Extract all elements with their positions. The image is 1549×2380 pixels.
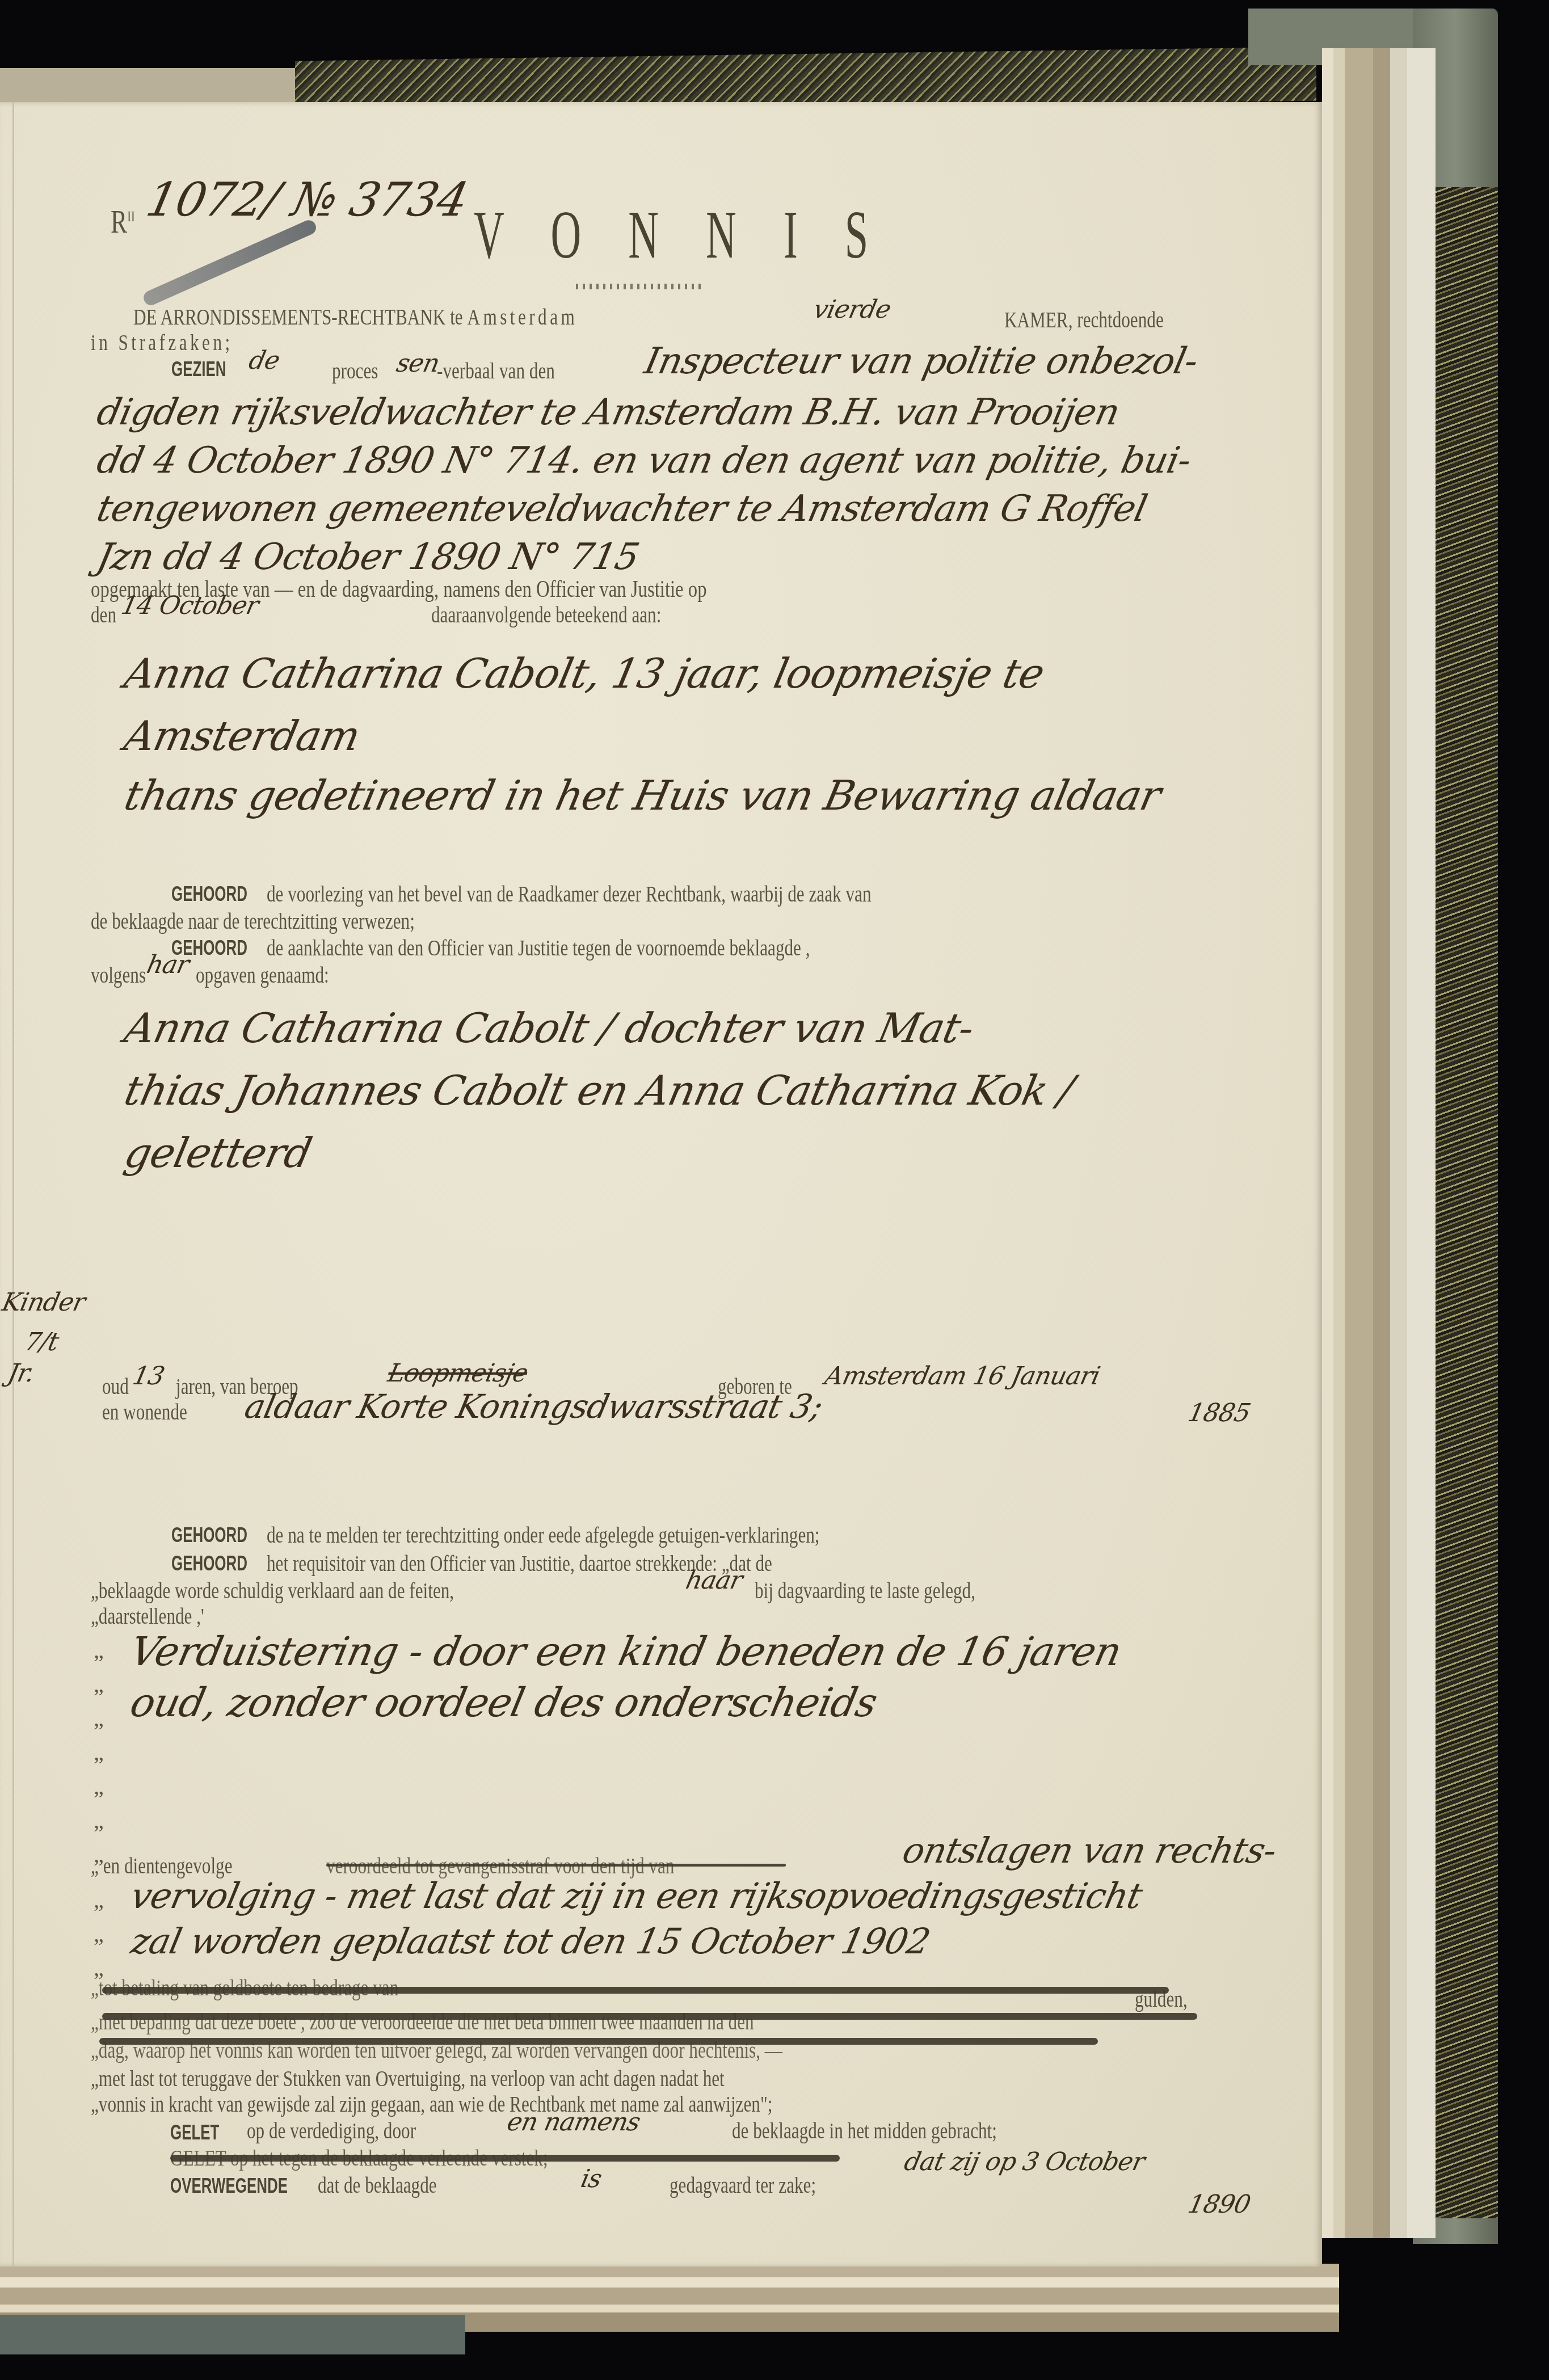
gehoord1-print-b: de beklaagde naar de terechtzitting verw…: [91, 908, 415, 934]
strike-line: [102, 2013, 1197, 2020]
ditto-mark: „: [94, 1637, 104, 1663]
volgens-hand: har: [144, 950, 191, 979]
named-hand-line-1: Anna Catharina Cabolt / dochter van Mat-: [120, 1004, 978, 1052]
gezien-hand-line-5: Jzn dd 4 October 1890 N° 715: [93, 536, 642, 578]
court-line-print-2: KAMER, rechtdoende: [1004, 306, 1164, 333]
gelet1-label: GELET: [170, 2121, 219, 2145]
register-number-handwritten: 1072/ № 3734: [142, 173, 473, 227]
daaraan-print: daaraanvolgende beteekend aan:: [431, 601, 661, 628]
gezien-print-2: -verbaal van den: [437, 357, 555, 384]
strike-line: [99, 2038, 1098, 2045]
gehoord1-label: GEHOORD: [171, 882, 247, 906]
gehoord3-label: GEHOORD: [171, 1523, 247, 1547]
gezien-print: proces: [332, 357, 378, 384]
gezien-hand-line-1: Inspecteur van politie onbezol-: [641, 340, 1201, 382]
charge-hand-line-1: Verduistering - door een kind beneden de…: [127, 1628, 1126, 1675]
ditto-mark: „: [94, 1705, 104, 1732]
oud-hand: 13: [130, 1362, 167, 1391]
gezien-hand-line-2: digden rijksveldwachter te Amsterdam B.H…: [93, 391, 1123, 433]
overwegende-label: OVERWEGENDE: [170, 2174, 288, 2198]
geboren-year-hand: 1885: [1185, 1398, 1253, 1427]
gutter-line: [12, 102, 14, 2267]
title-ornament: [576, 284, 704, 289]
wonende-print: en wonende: [102, 1398, 187, 1425]
pencil-mark: [141, 218, 318, 307]
page-stack-edge: [1322, 48, 1436, 2238]
strike-line: [326, 1864, 786, 1867]
last-print-a: „met last tot teruggave der Stukken van …: [91, 2065, 725, 2092]
charge-hand-line-2: oud, zonder oordeel des onderscheids: [127, 1679, 881, 1726]
ditto-mark: „: [94, 1671, 104, 1697]
oud-print: oud: [102, 1373, 129, 1400]
ditto-mark: „: [94, 1920, 104, 1947]
overwegende-hand-3: 1890: [1185, 2190, 1253, 2219]
book-cloth-bottom-left: [0, 2315, 465, 2354]
gelet1-print-b: de beklaagde in het midden gebracht;: [732, 2117, 997, 2144]
chamber-handwritten: vierde: [811, 295, 893, 324]
ditto-mark: „: [94, 1739, 104, 1766]
strike-line: [102, 1987, 1169, 1994]
marbled-board-right: [1436, 187, 1498, 2218]
geboren-hand: Amsterdam 16 Januari: [822, 1362, 1102, 1391]
court-line-print-3: in Strafzaken;: [91, 329, 233, 356]
ditto-mark: „: [94, 1886, 104, 1913]
page-title: V O N N I S: [474, 196, 886, 274]
register-mark: RII: [111, 204, 135, 241]
overwegende-hand-2: dat zij op 3 October: [902, 2147, 1147, 2176]
named-hand-line-3: geletterd: [120, 1129, 315, 1177]
court-line-print: DE ARRONDISSEMENTS-RECHTBANK te Amsterda…: [133, 304, 578, 330]
gehoord2-print-a: de aanklachte van den Officier van Justi…: [267, 934, 810, 961]
beroep-hand: Loopmeisje: [385, 1359, 530, 1388]
overwegende-print-a: dat de beklaagde: [318, 2172, 437, 2198]
beklaagde-print-a: „beklaagde worde schuldig verklaard aan …: [91, 1577, 454, 1604]
den-hand: 14 October: [119, 591, 261, 620]
gezien-hand-line-4: tengewonen gemeenteveldwachter te Amster…: [93, 488, 1150, 530]
strike-line: [170, 2155, 840, 2162]
defendant-hand-line-2: Amsterdam: [120, 712, 364, 760]
margin-note-3: Jr.: [5, 1359, 37, 1388]
gehoord4-label: GEHOORD: [171, 1552, 247, 1576]
den-print: den: [91, 601, 116, 628]
volgens-print: volgens: [91, 962, 146, 988]
sentence-hand-line-2: vervolging - met last dat zij in een rij…: [127, 1875, 1146, 1916]
gehoord1-print-a: de voorlezing van het bevel van de Raadk…: [267, 881, 872, 907]
overwegende-hand: is: [578, 2164, 604, 2193]
gelet1-print-a: op de verdediging, door: [247, 2117, 416, 2144]
beklaagde-print-b: bij dagvaarding te laste gelegd,: [755, 1577, 975, 1604]
wonende-hand: aldaar Korte Koningsdwarsstraat 3;: [242, 1387, 826, 1426]
margin-note-1: Kinder: [0, 1288, 88, 1317]
last-print-b: „vonnis in kracht van gewijsde zal zijn …: [91, 2091, 772, 2117]
named-hand-line-2: thias Johannes Cabolt en Anna Catharina …: [120, 1067, 1077, 1114]
defendant-hand-line-3: thans gedetineerd in het Huis van Bewari…: [120, 772, 1165, 819]
overwegende-print-b: gedagvaard ter zake;: [670, 2172, 816, 2198]
daarstellende-print: „daarstellende ,': [91, 1603, 204, 1629]
gezien-hand-2: sen: [394, 349, 442, 378]
gezien-hand-line-3: dd 4 October 1890 N° 714. en van den age…: [93, 440, 1194, 482]
sentence-hand-line-1: ontslagen van rechts-: [899, 1830, 1280, 1871]
sentence-hand-line-3: zal worden geplaatst tot den 15 October …: [127, 1920, 933, 1962]
gezien-hand-1: de: [246, 346, 282, 375]
gezien-label: GEZIEN: [171, 357, 226, 381]
ditto-mark: „: [94, 1807, 104, 1834]
gelet1-hand: en namens: [504, 2108, 642, 2137]
margin-note-2: 7/t: [22, 1328, 61, 1357]
document-page: RII 1072/ № 3734 V O N N I S DE ARRONDIS…: [0, 102, 1322, 2267]
gehoord3-print: de na te melden ter terechtzitting onder…: [267, 1522, 820, 1548]
beklaagde-hand: haar: [683, 1566, 745, 1595]
defendant-hand-line-1: Anna Catharina Cabolt, 13 jaar, loopmeis…: [120, 650, 1048, 697]
ditto-mark: „: [94, 1773, 104, 1800]
volgens-print-2: opgaven genaamd:: [196, 962, 329, 988]
